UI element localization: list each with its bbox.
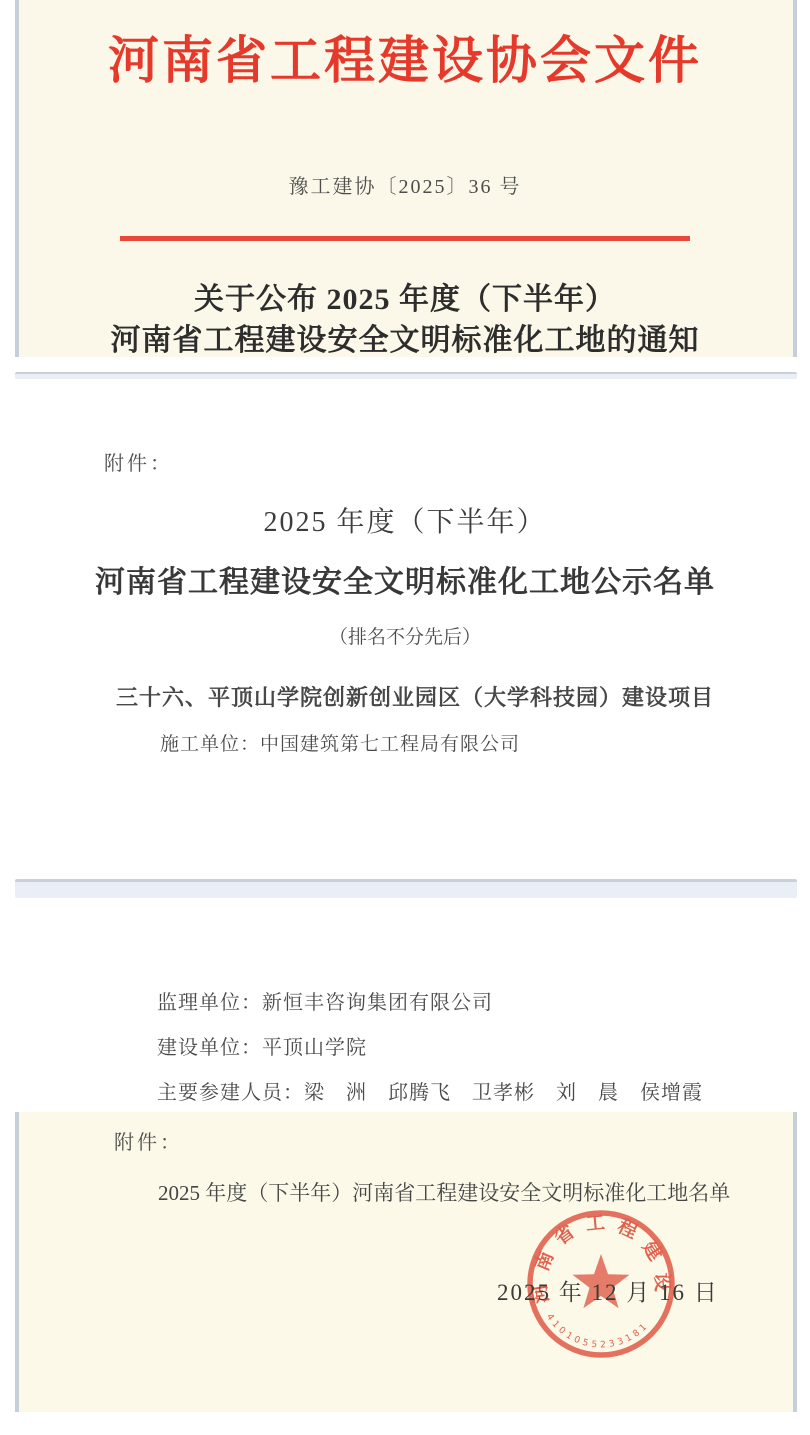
association-letterhead-title: 河南省工程建设协会文件 xyxy=(0,25,810,99)
construction-unit-line: 施工单位：中国建筑第七工程局有限公司 xyxy=(160,729,520,756)
list-title-line2: 河南省工程建设安全文明标准化工地公示名单 xyxy=(0,557,810,601)
closing-attachment-title: 2025 年度（下半年）河南省工程建设安全文明标准化工地名单 xyxy=(158,1177,730,1207)
notice-title-line1: 关于公布 2025 年度（下半年） xyxy=(0,274,810,318)
document-scan-composite: 河南省工程建设协会文件 豫工建协〔2025〕36 号 关于公布 2025 年度（… xyxy=(0,0,810,1435)
list-subtitle: （排名不分先后） xyxy=(0,622,810,649)
issue-date: 2025 年 12 月 16 日 xyxy=(497,1274,719,1307)
section-divider xyxy=(15,879,797,898)
letterhead-red-rule xyxy=(120,236,690,241)
supervision-unit-line: 监理单位：新恒丰咨询集团有限公司 xyxy=(157,986,493,1015)
section-divider xyxy=(15,372,797,379)
list-title-line1: 2025 年度（下半年） xyxy=(0,500,810,540)
page-edge-right xyxy=(793,1112,797,1412)
owner-unit-line: 建设单位：平顶山学院 xyxy=(157,1031,367,1060)
attachment-label: 附件： xyxy=(104,447,173,476)
attachment-label: 附件： xyxy=(114,1126,183,1155)
notice-title-line2: 河南省工程建设安全文明标准化工地的通知 xyxy=(0,315,810,359)
project-list-item: 三十六、平顶山学院创新创业园区（大学科技园）建设项目 xyxy=(116,681,714,712)
document-number: 豫工建协〔2025〕36 号 xyxy=(0,170,810,199)
page-edge-left xyxy=(15,1112,19,1412)
participants-line: 主要参建人员：梁 洲 邱腾飞 卫孝彬 刘 晨 侯增霞 xyxy=(157,1076,703,1105)
